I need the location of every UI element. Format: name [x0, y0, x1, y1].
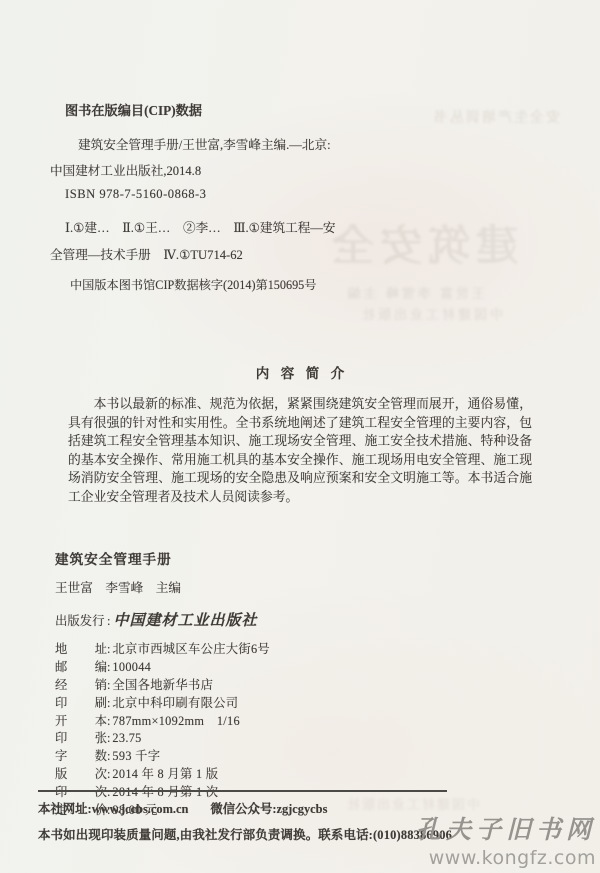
- bleed-through-publisher: 中国建材工业出版社: [333, 304, 503, 323]
- footer-divider-rule: [38, 790, 447, 792]
- colophon-row-address: 地址:北京市西城区车公庄大街6号: [55, 639, 495, 657]
- summary-paragraph: 本书以最新的标准、规范为依据，紧紧围绕建筑安全管理而展开，通俗易懂，具有很强的针…: [68, 395, 532, 507]
- cip-block: 图书在版编目(CIP)数据 建筑安全管理手册/王世富,李雪峰主编.—北京: 中国…: [50, 100, 386, 293]
- watermark-site-name: 孔夫子旧书网: [416, 810, 596, 846]
- book-copyright-page: 安全生产培训丛书 建筑安全 王世富 李雪峰 主编 中国建材工业出版社 中国建材工…: [0, 0, 600, 873]
- colophon-row-wordcount: 字数:593 千字: [55, 746, 495, 764]
- book-title: 建筑安全管理手册: [55, 548, 495, 568]
- watermark-site-url: www.kongfz.com: [416, 847, 596, 869]
- cip-heading: 图书在版编目(CIP)数据: [65, 100, 386, 119]
- content-summary: 内容简介 本书以最新的标准、规范为依据，紧紧围绕建筑安全管理而展开，通俗易懂，具…: [68, 362, 532, 507]
- colophon-row-sheets: 印张:23.75: [55, 728, 495, 746]
- colophon-row-distribution: 经销:全国各地新华书店: [55, 675, 495, 693]
- book-authors: 王世富 李雪峰 主编: [55, 577, 495, 596]
- cip-title-line: 建筑安全管理手册/王世富,李雪峰主编.—北京:: [78, 134, 386, 153]
- colophon-row-printer: 印刷:北京中科印刷有限公司: [55, 693, 495, 711]
- kongfz-watermark: 孔夫子旧书网 www.kongfz.com: [416, 810, 596, 869]
- publisher-colon: :: [107, 614, 110, 629]
- publisher-name: 中国建材工业出版社: [113, 609, 257, 630]
- footer-wechat-account: 微信公众号:zgjcgycbs: [210, 799, 327, 817]
- cip-record-number: 中国版本图书馆CIP数据核字(2014)第150695号: [70, 276, 386, 293]
- cip-classification-1: Ⅰ.①建… Ⅱ.①王… ②李… Ⅲ.①建筑工程—安: [65, 217, 386, 236]
- footer-website: 本社网址:www.jccbs.com.cn: [38, 799, 188, 817]
- colophon-block: 建筑安全管理手册 王世富 李雪峰 主编 出版发行: 中国建材工业出版社 地址:北…: [55, 548, 495, 818]
- summary-heading: 内容简介: [68, 362, 532, 382]
- publisher-row: 出版发行: 中国建材工业出版社: [55, 609, 495, 630]
- colophon-row-edition: 版次:2014 年 8 月第 1 版: [55, 764, 495, 782]
- bleed-through-series-line: 安全生产培训丛书: [430, 107, 560, 127]
- colophon-row-format: 开本:787mm×1092mm 1/16: [55, 711, 495, 729]
- cip-classification-2: 全管理—技术手册 Ⅳ.①TU714-62: [50, 244, 386, 263]
- cip-publisher-line: 中国建材工业出版社,2014.8: [50, 160, 386, 179]
- publisher-label: 出版发行: [55, 611, 107, 629]
- cip-isbn: ISBN 978-7-5160-0868-3: [65, 187, 386, 202]
- colophon-row-postcode: 邮编:100044: [55, 657, 495, 675]
